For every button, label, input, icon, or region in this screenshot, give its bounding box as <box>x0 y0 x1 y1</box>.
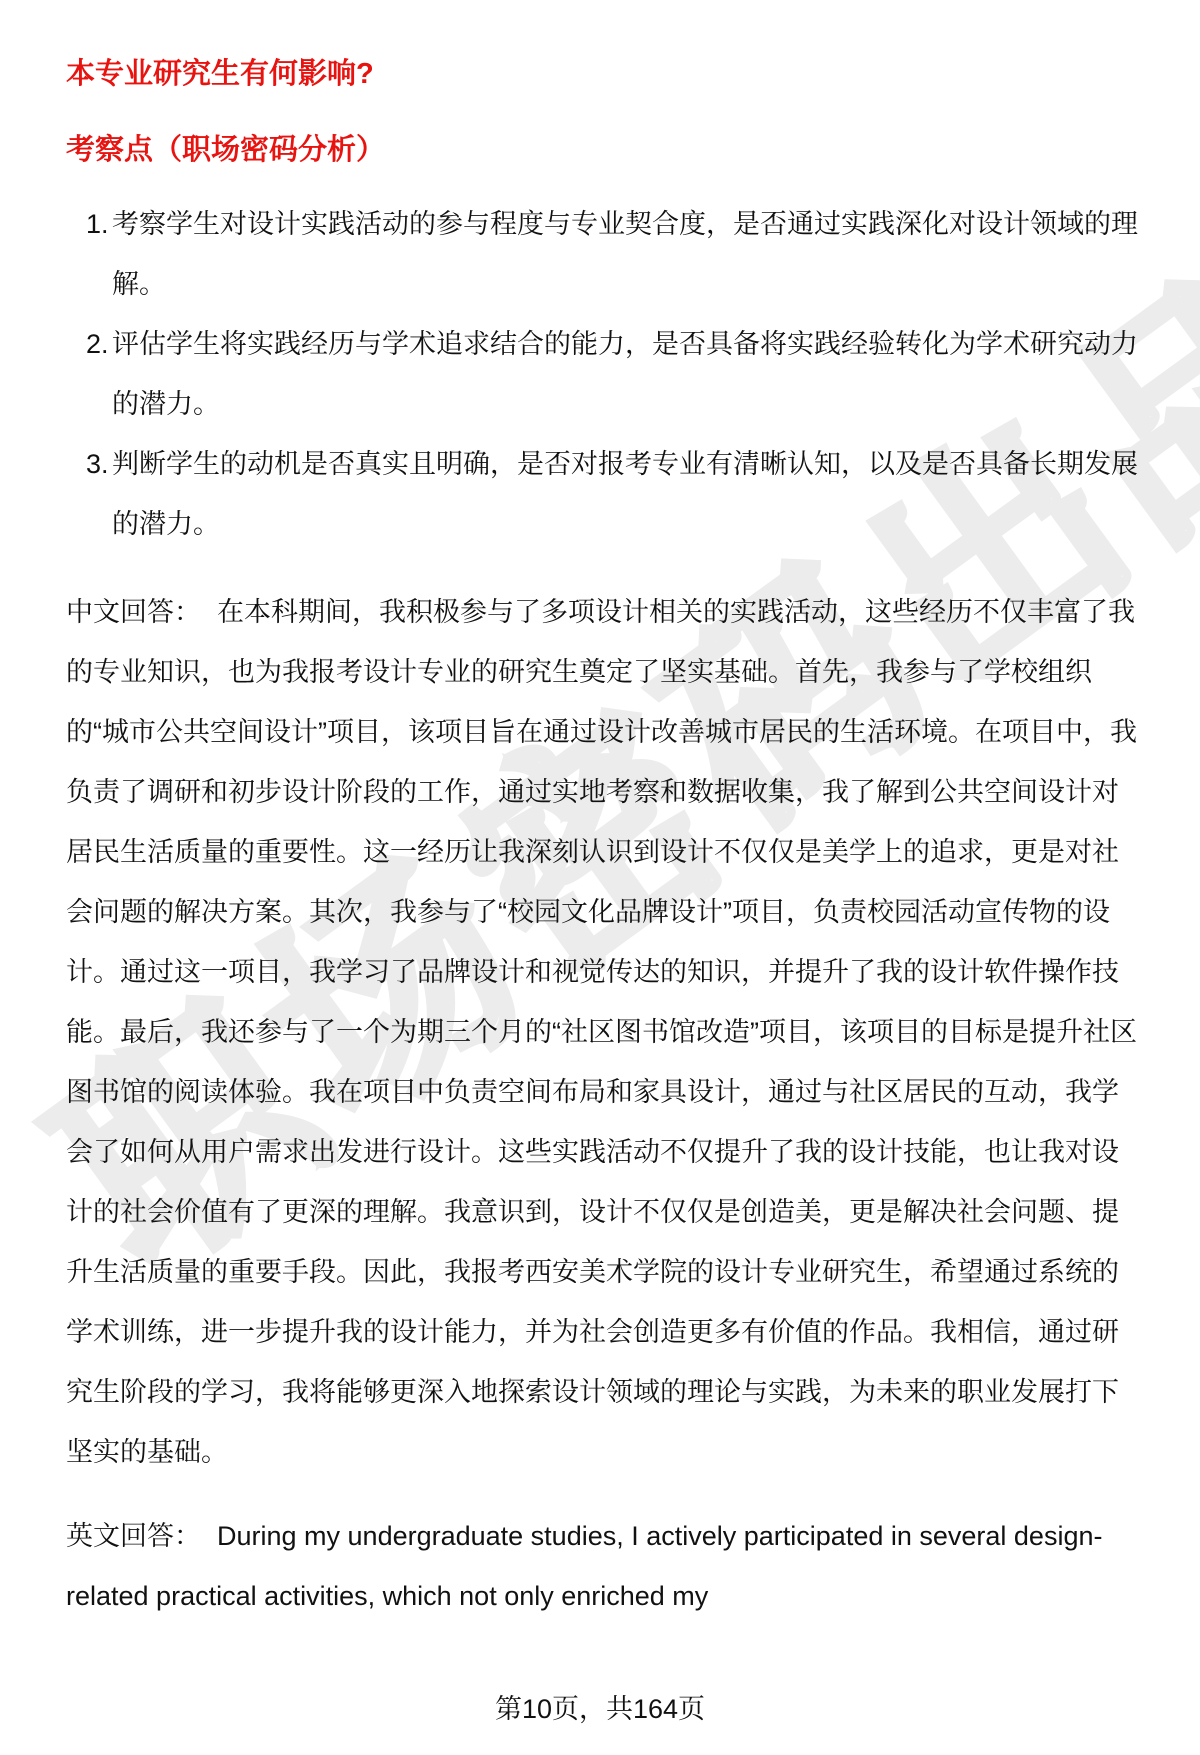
analysis-points-heading: 考察点（职场密码分析） <box>66 132 1138 168</box>
english-answer-text: During my undergraduate studies, I activ… <box>66 1521 1102 1611</box>
exam-point-text: 判断学生的动机是否真实且明确，是否对报考专业有清晰认知，以及是否具备长期发展的潜… <box>112 434 1138 554</box>
exam-point-text: 考察学生对设计实践活动的参与程度与专业契合度，是否通过实践深化对设计领域的理解。 <box>112 194 1138 314</box>
exam-point-item: 1.考察学生对设计实践活动的参与程度与专业契合度，是否通过实践深化对设计领域的理… <box>66 194 1138 314</box>
document-page: 职场密码出品 本专业研究生有何影响? 考察点（职场密码分析） 1.考察学生对设计… <box>0 0 1200 1755</box>
exam-point-number: 3. <box>66 434 112 554</box>
page-number-footer: 第10页，共164页 <box>0 1692 1200 1726</box>
exam-point-item: 3.判断学生的动机是否真实且明确，是否对报考专业有清晰认知，以及是否具备长期发展… <box>66 434 1138 554</box>
chinese-answer-label: 中文回答： <box>66 597 201 627</box>
exam-point-text: 评估学生将实践经历与学术追求结合的能力，是否具备将实践经验转化为学术研究动力的潜… <box>112 314 1138 434</box>
exam-point-number: 2. <box>66 314 112 434</box>
exam-point-number: 1. <box>66 194 112 314</box>
page-content: 本专业研究生有何影响? 考察点（职场密码分析） 1.考察学生对设计实践活动的参与… <box>0 0 1200 1626</box>
english-answer-paragraph: 英文回答：During my undergraduate studies, I … <box>66 1506 1138 1626</box>
exam-points-list: 1.考察学生对设计实践活动的参与程度与专业契合度，是否通过实践深化对设计领域的理… <box>66 194 1138 554</box>
chinese-answer-text: 在本科期间，我积极参与了多项设计相关的实践活动，这些经历不仅丰富了我的专业知识，… <box>66 597 1137 1467</box>
question-heading: 本专业研究生有何影响? <box>66 56 1138 92</box>
exam-point-item: 2.评估学生将实践经历与学术追求结合的能力，是否具备将实践经验转化为学术研究动力… <box>66 314 1138 434</box>
english-answer-label: 英文回答： <box>66 1521 201 1551</box>
chinese-answer-paragraph: 中文回答：在本科期间，我积极参与了多项设计相关的实践活动，这些经历不仅丰富了我的… <box>66 582 1138 1482</box>
